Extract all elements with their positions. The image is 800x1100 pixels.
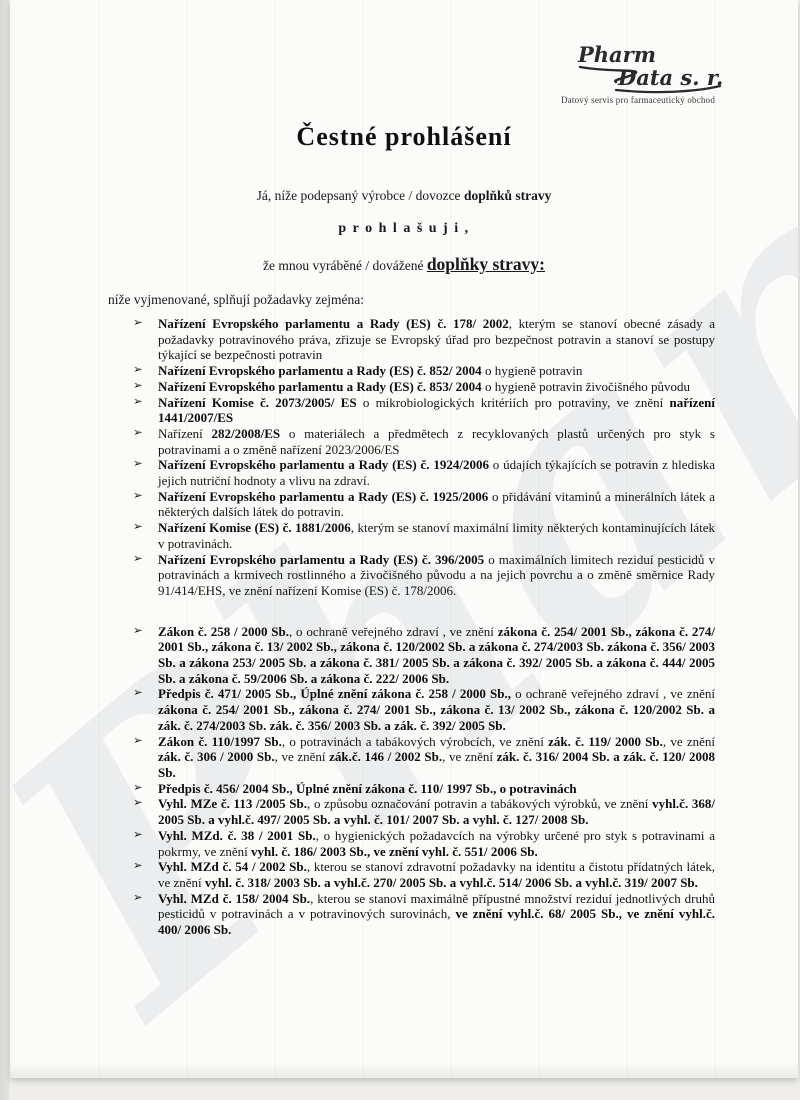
subject-emphasis: doplňky stravy: [427, 254, 545, 274]
regulation-text: Nařízení Evropského parlamentu a Rady (E… [158, 316, 715, 362]
regulation-text: Vyhl. MZe č. 113 /2005 Sb., o způsobu oz… [158, 796, 715, 827]
bullet-arrow-icon: ➢ [133, 489, 143, 505]
regulation-text: Zákon č. 258 / 2000 Sb., o ochraně veřej… [158, 624, 715, 686]
bullet-arrow-icon: ➢ [133, 859, 143, 875]
regulation-text: Nařízení Komise č. 2073/2005/ ES o mikro… [158, 395, 715, 426]
regulation-text: Nařízení Komise (ES) č. 1881/2006, který… [158, 520, 715, 551]
regulation-text: Vyhl. MZd č. 54 / 2002 Sb., kterou se st… [158, 859, 715, 890]
regulation-text: Vyhl. MZd č. 158/ 2004 Sb., kterou se st… [158, 891, 715, 937]
regulation-item: ➢Nařízení Evropského parlamentu a Rady (… [108, 489, 715, 520]
bullet-arrow-icon: ➢ [133, 552, 143, 568]
regulation-item: ➢Nařízení 282/2008/ES o materiálech a př… [108, 426, 715, 457]
bullet-arrow-icon: ➢ [133, 426, 143, 442]
bullet-arrow-icon: ➢ [133, 624, 143, 640]
subject-prefix: že mnou vyráběné / dovážené [263, 258, 427, 273]
bullet-arrow-icon: ➢ [133, 686, 143, 702]
regulation-item: ➢Nařízení Evropského parlamentu a Rady (… [108, 316, 715, 363]
regulation-item: ➢Předpis č. 471/ 2005 Sb., Úplné znění z… [108, 686, 715, 733]
regulation-text: Nařízení Evropského parlamentu a Rady (E… [158, 552, 715, 598]
bullet-arrow-icon: ➢ [133, 891, 143, 907]
regulation-item: ➢Nařízení Komise č. 2073/2005/ ES o mikr… [108, 395, 715, 426]
declaration-subject: že mnou vyráběné / dovážené doplňky stra… [10, 254, 798, 275]
logo-tagline: Datový servis pro farmaceutický obchod [550, 95, 726, 105]
bullet-arrow-icon: ➢ [133, 828, 143, 844]
regulation-text: Vyhl. MZd. č. 38 / 2001 Sb., o hygienick… [158, 828, 715, 859]
bullet-arrow-icon: ➢ [133, 395, 143, 411]
bullet-arrow-icon: ➢ [133, 316, 143, 332]
regulation-text: Předpis č. 456/ 2004 Sb., Úplné znění zá… [158, 781, 577, 796]
list-intro: níže vyjmenované, splňují požadavky zejm… [108, 292, 715, 308]
bullet-arrow-icon: ➢ [133, 457, 143, 473]
regulation-item: ➢Předpis č. 456/ 2004 Sb., Úplné znění z… [108, 781, 715, 797]
regulation-item: ➢Vyhl. MZd. č. 38 / 2001 Sb., o hygienic… [108, 828, 715, 859]
regulation-text: Předpis č. 471/ 2005 Sb., Úplné znění zá… [158, 686, 715, 732]
regulation-text: Nařízení Evropského parlamentu a Rady (E… [158, 489, 715, 520]
bullet-arrow-icon: ➢ [133, 363, 143, 379]
regulation-item: ➢Zákon č. 110/1997 Sb., o potravinách a … [108, 734, 715, 781]
page-title: Čestné prohlášení [10, 122, 798, 152]
bullet-arrow-icon: ➢ [133, 796, 143, 812]
regulation-item: ➢Zákon č. 258 / 2000 Sb., o ochraně veře… [108, 624, 715, 687]
regulation-item: ➢Nařízení Evropského parlamentu a Rady (… [108, 379, 715, 395]
logo-text-pharm: Pharm [577, 42, 656, 67]
regulation-text: Zákon č. 110/1997 Sb., o potravinách a t… [158, 734, 715, 780]
logo-text-data: Data s. r. o. [617, 65, 722, 90]
bullet-arrow-icon: ➢ [133, 520, 143, 536]
regulation-text: Nařízení Evropského parlamentu a Rady (E… [158, 457, 715, 488]
bullet-arrow-icon: ➢ [133, 781, 143, 797]
scanned-page: Pharm Pharm Data s. r. o. Datový servis … [0, 0, 800, 1100]
regulation-text: Nařízení Evropského parlamentu a Rady (E… [158, 379, 690, 394]
bullet-arrow-icon: ➢ [133, 734, 143, 750]
regulation-item: ➢Nařízení Komise (ES) č. 1881/2006, kter… [108, 520, 715, 551]
pharmdata-logo: Pharm Data s. r. o. Datový servis pro fa… [550, 42, 726, 105]
regulation-item: ➢Nařízení Evropského parlamentu a Rady (… [108, 552, 715, 599]
regulation-item: ➢Nařízení Evropského parlamentu a Rady (… [108, 457, 715, 488]
regulation-item: ➢Vyhl. MZd č. 54 / 2002 Sb., kterou se s… [108, 859, 715, 890]
declaration-line: Já, níže podepsaný výrobce / dovozce dop… [10, 188, 798, 204]
pharmdata-logo-art: Pharm Data s. r. o. [570, 42, 722, 94]
regulation-text: Nařízení 282/2008/ES o materiálech a pře… [158, 426, 715, 457]
regulation-item: ➢Vyhl. MZe č. 113 /2005 Sb., o způsobu o… [108, 796, 715, 827]
bullet-arrow-icon: ➢ [133, 379, 143, 395]
regulation-item: ➢Vyhl. MZd č. 158/ 2004 Sb., kterou se s… [108, 891, 715, 938]
regulation-text: Nařízení Evropského parlamentu a Rady (E… [158, 363, 582, 378]
regulation-item: ➢Nařízení Evropského parlamentu a Rady (… [108, 363, 715, 379]
paper: Pharm Pharm Data s. r. o. Datový servis … [10, 0, 798, 1078]
regulation-list-eu: ➢Nařízení Evropského parlamentu a Rady (… [108, 316, 715, 599]
declaration-verb: p r o h l a š u j i , [10, 221, 798, 237]
regulation-list-cz: ➢Zákon č. 258 / 2000 Sb., o ochraně veře… [108, 624, 715, 938]
